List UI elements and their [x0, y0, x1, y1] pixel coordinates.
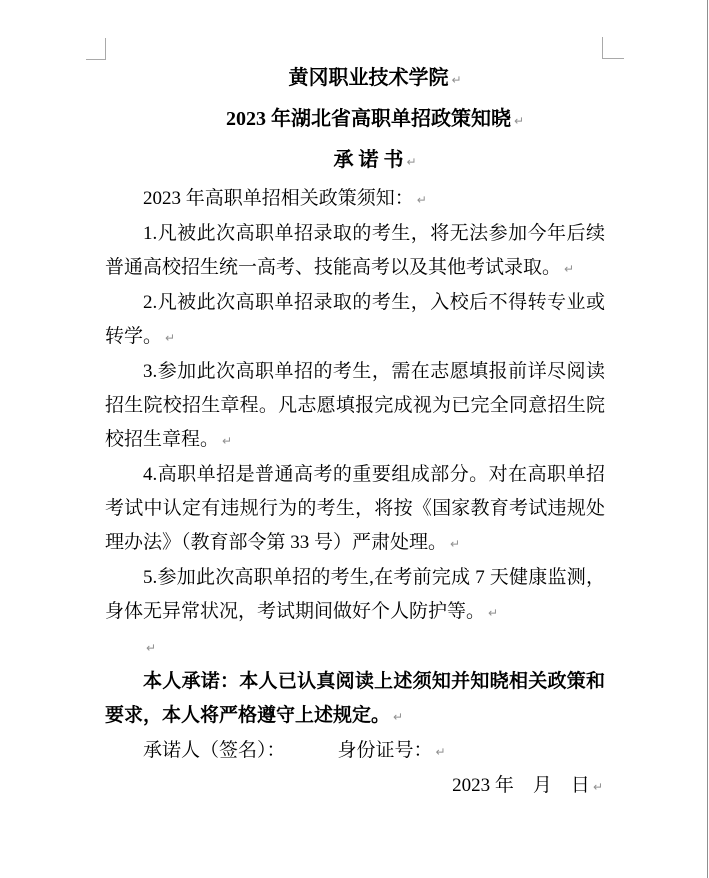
- signature-label: 承诺人（签名）：: [143, 740, 286, 761]
- document-page: 黄冈职业技术学院↵ 2023 年湖北省高职单招政策知晓↵ 承 诺 书↵ 2023…: [0, 0, 709, 878]
- intro-paragraph: 2023 年高职单招相关政策须知：↵: [105, 182, 605, 217]
- signature-line: 承诺人（签名）：身份证号：↵: [105, 734, 605, 769]
- paragraph-text: 2023 年高职单招相关政策须知：: [143, 188, 414, 209]
- margin-mark-top-right-horizontal: [602, 58, 624, 59]
- paragraph-mark-icon: ↵: [451, 73, 461, 87]
- margin-mark-top-left-horizontal: [86, 59, 106, 60]
- policy-item-5: 5.参加此次高职单招的考生,在考前完成 7 天健康监测，身体无异常状况，考试期间…: [105, 561, 605, 630]
- empty-paragraph: ↵: [105, 630, 605, 665]
- paragraph-mark-icon: ↵: [436, 745, 446, 759]
- document-title-line-2: 2023 年湖北省高职单招政策知晓↵: [105, 100, 605, 141]
- document-title-line-3: 承 诺 书↵: [105, 141, 605, 182]
- date-text: 2023 年 月 日: [452, 775, 590, 796]
- paragraph-text: 3.参加此次高职单招的考生，需在志愿填报前详尽阅读招生院校招生章程。凡志愿填报完…: [105, 361, 605, 450]
- policy-item-4: 4.高职单招是普通高考的重要组成部分。对在高职单招考试中认定有违规行为的考生，将…: [105, 458, 605, 561]
- date-line: 2023 年 月 日↵: [105, 769, 605, 804]
- paragraph-mark-icon: ↵: [406, 155, 416, 169]
- margin-mark-top-right-vertical: [602, 37, 603, 59]
- policy-item-2: 2.凡被此次高职单招录取的考生，入校后不得转专业或转学。↵: [105, 286, 605, 355]
- id-number-label: 身份证号：: [338, 740, 433, 761]
- document-title-line-1: 黄冈职业技术学院↵: [105, 59, 605, 100]
- margin-mark-top-left-vertical: [105, 38, 106, 60]
- paragraph-text: 2.凡被此次高职单招录取的考生，入校后不得转专业或转学。: [105, 292, 605, 347]
- paragraph-text: 1.凡被此次高职单招录取的考生，将无法参加今年后续普通高校招生统一高考、技能高考…: [105, 223, 605, 278]
- page-right-edge: [707, 0, 708, 878]
- paragraph-mark-icon: ↵: [593, 780, 603, 794]
- paragraph-mark-icon: ↵: [417, 193, 427, 207]
- paragraph-text: 4.高职单招是普通高考的重要组成部分。对在高职单招考试中认定有违规行为的考生，将…: [105, 464, 605, 553]
- title-text: 承 诺 书: [333, 149, 403, 171]
- title-text: 2023 年湖北省高职单招政策知晓: [226, 108, 511, 130]
- paragraph-text: 5.参加此次高职单招的考生,在考前完成 7 天健康监测，身体无异常状况，考试期间…: [105, 567, 605, 622]
- paragraph-mark-icon: ↵: [146, 641, 156, 655]
- paragraph-mark-icon: ↵: [450, 537, 460, 551]
- paragraph-mark-icon: ↵: [165, 331, 175, 345]
- paragraph-mark-icon: ↵: [488, 606, 498, 620]
- paragraph-mark-icon: ↵: [393, 710, 403, 724]
- paragraph-mark-icon: ↵: [514, 114, 524, 128]
- policy-item-3: 3.参加此次高职单招的考生，需在志愿填报前详尽阅读招生院校招生章程。凡志愿填报完…: [105, 355, 605, 458]
- document-body: 黄冈职业技术学院↵ 2023 年湖北省高职单招政策知晓↵ 承 诺 书↵ 2023…: [105, 59, 605, 804]
- paragraph-text: 本人承诺：本人已认真阅读上述须知并知晓相关政策和要求，本人将严格遵守上述规定。: [105, 671, 605, 726]
- title-text: 黄冈职业技术学院: [288, 67, 448, 89]
- paragraph-mark-icon: ↵: [222, 434, 232, 448]
- policy-item-1: 1.凡被此次高职单招录取的考生，将无法参加今年后续普通高校招生统一高考、技能高考…: [105, 217, 605, 286]
- paragraph-mark-icon: ↵: [564, 262, 574, 276]
- commitment-paragraph: 本人承诺：本人已认真阅读上述须知并知晓相关政策和要求，本人将严格遵守上述规定。↵: [105, 665, 605, 734]
